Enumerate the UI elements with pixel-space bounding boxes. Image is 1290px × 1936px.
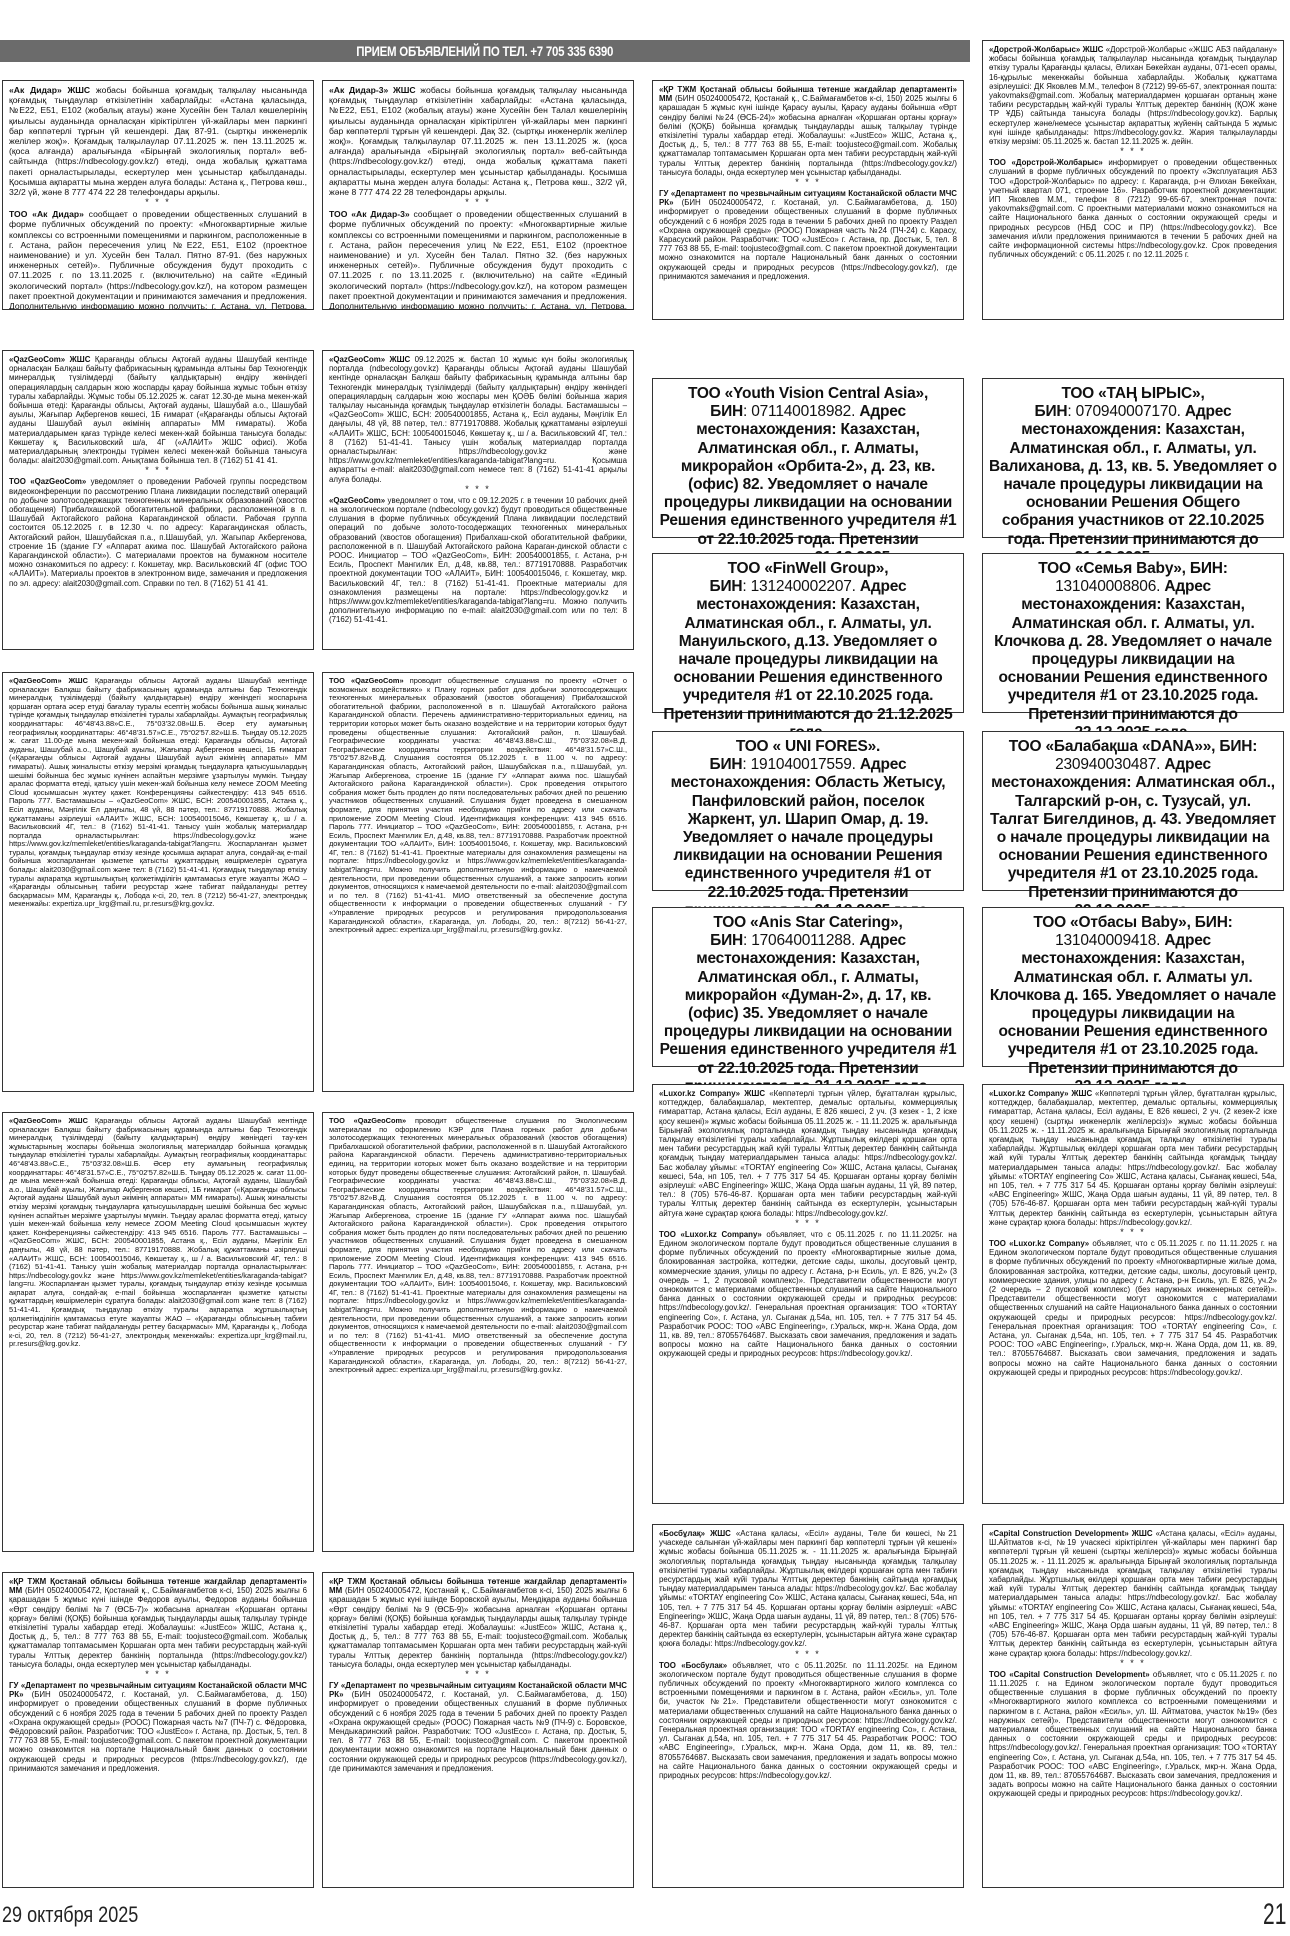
notice-text: Адрес местонахождения: Казахстан, Алмати…: [994, 578, 1272, 741]
company-name: ТОО «Балабақша «DANA»», БИН:: [1009, 738, 1257, 755]
issue-date: 29 октября 2025: [2, 1902, 138, 1928]
notice-text: Адрес местонахождения: Казахстан, Алмати…: [990, 932, 1276, 1095]
notice-text: Адрес местонахождения: Казахстан, Алмати…: [989, 403, 1277, 566]
ad-body-kz: «Астана қаласы, «Есіл» ауданы, Ш.Айтмато…: [989, 1529, 1277, 1658]
banner-text: ПРИЕМ ОБЪЯВЛЕНИЙ ПО ТЕЛ. +7 705 335 6390: [357, 40, 614, 62]
separator: * * *: [989, 147, 1277, 156]
bin-label: БИН: [710, 578, 743, 595]
ad-qazgeocom-liquidation-plan: «QazGeoCom» ЖШС 09.12.2025 ж. бастап 10 …: [322, 350, 634, 650]
ad-lead-ru: ТОО «Ак Дидар»: [9, 209, 84, 219]
liquidation-notice-semya-baby: ТОО «Семья Baby», БИН: 131040008806. Адр…: [982, 553, 1284, 713]
ad-body-kz: 09.12.2025 ж. бастап 10 жұмыс күн бойы э…: [329, 355, 627, 484]
ad-qazgeocom-ovos-kz: «QazGeoCom» ЖШС Қарағанды облысы Ақтоғай…: [2, 672, 314, 1092]
ad-body-ru: объявляет, что с 05.11.2025 г. по 11.11.…: [989, 1239, 1277, 1377]
ad-body-ru: уведомляет о проведении Рабочей группы п…: [9, 477, 307, 587]
company-name: ТОО «Отбасы Baby», БИН:: [1033, 914, 1232, 931]
ad-body-kz: Қарағанды облысы Ақтоғай ауданы Шашубай …: [9, 355, 307, 465]
separator: * * *: [9, 1670, 307, 1679]
ad-body-ru: (БИН 050240005472, г. Костанай, ул. С.Ба…: [9, 1690, 307, 1773]
ad-lead-ru: ТОО «Luxor.kz Company»: [989, 1239, 1089, 1248]
ad-kostanay-pch24: «ҚР ТЖМ Қостанай облысы бойынша төтенше …: [652, 80, 964, 320]
ad-body-kz: (БИН 050240005472, Қостанай қ., С.Баймағ…: [329, 1586, 627, 1669]
company-name: ТОО «FinWell Group»,: [728, 560, 889, 577]
liquidation-notice-tan-yrys: ТОО «ТАҢ ЫРЫС», БИН: 070940007170. Адрес…: [982, 378, 1284, 538]
ad-lead-ru: ТОО «Capital Construction Development»: [989, 1670, 1150, 1679]
notice-text: Адрес местонахождения: Казахстан, Алмати…: [663, 578, 952, 741]
bin-label: БИН: [710, 932, 743, 949]
bin-label: БИН: [710, 756, 743, 773]
ad-lead-ru: ТОО «Дорстрой-Жолбарыс»: [989, 158, 1103, 167]
bin-value: 131040008806.: [1055, 578, 1160, 595]
company-name: ТОО «Семья Baby», БИН:: [1038, 560, 1227, 577]
ad-body-kz: Қарағанды облысы Ақтоғай ауданы Шашубай …: [9, 1116, 307, 1348]
ad-qazgeocom-ker-ru: ТОО «QazGeoCom» проводит общественные сл…: [322, 1112, 634, 1552]
ad-lead-ru: «QazGeoCom»: [329, 496, 385, 505]
ad-lead-kz: «QazGeoCom» ЖШС: [329, 355, 410, 364]
ad-body-ru: (БИН 050240005472, г. Костанай, ул. С.Ба…: [659, 198, 957, 281]
ad-body-kz: жобасы бойынша қоғамдық талқылау нысанын…: [9, 85, 307, 197]
ad-body-ru: информирует о проведении общественных сл…: [989, 158, 1277, 259]
ad-body-ru: уведомляет о том, что с 09.12.2025 г. в …: [329, 496, 627, 625]
separator: * * *: [329, 198, 627, 207]
ad-kostanay-pch9: «ҚР ТЖМ Қостанай облысы бойынша төтенше …: [322, 1572, 634, 1888]
bin-value: : 170640011288.: [743, 932, 855, 949]
bin-label: БИН: [710, 403, 743, 420]
bin-value: 131040009418.: [1055, 932, 1160, 949]
ad-lead-kz: «Luxor.kz Company» ЖШС: [659, 1089, 765, 1098]
bin-value: : 070940007170.: [1067, 403, 1180, 420]
notice-text: Адрес местонахождения: Алматинская обл.,…: [990, 756, 1276, 919]
ad-bosbulak: «Босбұлақ» ЖШС «Астана қаласы, «Есіл» ау…: [652, 1524, 964, 1888]
ad-body-ru: сообщает о проведении общественных слуша…: [329, 209, 627, 310]
ad-body-kz: (БИН 050240005472, Қостанай қ., С.Баймағ…: [9, 1586, 307, 1669]
bin-value: : 071140018982.: [743, 403, 855, 420]
ad-lead-ru: ТОО «Босбулак»: [659, 1661, 727, 1670]
ad-luxor-queue-3: «Luxor.kz Company» ЖШС «Көппәтерлі тұрғы…: [652, 1084, 964, 1504]
ad-qazgeocom-ovos-ru: ТОО «QazGeoCom» проводит общественные сл…: [322, 672, 634, 1092]
ad-lead-kz: «QazGeoCom» ЖШС: [9, 355, 90, 364]
liquidation-notice-anis-star: ТОО «Anis Star Catering», БИН: 170640011…: [652, 907, 964, 1067]
ad-lead-kz: «Дорстрой-Жолбарыс» ЖШС: [989, 45, 1103, 54]
separator: * * *: [329, 485, 627, 494]
ad-capital-construction: «Capital Construction Development» ЖШС «…: [982, 1524, 1284, 1888]
liquidation-notice-otbasy-baby: ТОО «Отбасы Baby», БИН: 131040009418. Ад…: [982, 907, 1284, 1067]
ad-body-kz: (БИН 050240005472, Қостанай қ., С.Баймағ…: [659, 94, 957, 177]
ad-body-ru: проводит общественные слушания по Эколог…: [329, 1116, 627, 1374]
ad-lead-kz: «Босбұлақ» ЖШС: [659, 1529, 731, 1538]
ad-lead-ru: ТОО «QazGeoCom»: [9, 477, 86, 486]
separator: * * *: [989, 1659, 1277, 1668]
ad-body-ru: объявляет, что с 05.11.2025 г. по 11.11.…: [659, 1230, 957, 1359]
liquidation-notice-balabaksha-dana: ТОО «Балабақша «DANA»», БИН: 23094003048…: [982, 731, 1284, 891]
liquidation-notice-finwell: ТОО «FinWell Group», БИН: 131240002207. …: [652, 553, 964, 713]
company-name: ТОО «Youth Vision Central Asia»,: [688, 385, 928, 402]
separator: * * *: [659, 1219, 957, 1228]
ad-body-ru: объявляет, что с 05.11.2025г. по 11.11.2…: [659, 1661, 957, 1780]
notice-text: Адрес местонахождения: Область Жетысу, П…: [671, 756, 946, 919]
ad-body-kz: «Көппәтерлі тұрғын үйлер, бұғатталған құ…: [989, 1089, 1277, 1227]
separator: * * *: [659, 1650, 957, 1659]
notice-text: Адрес местонахождения: Казахстан, Алмати…: [660, 403, 957, 566]
bin-value: : 191040017559.: [742, 756, 855, 773]
ad-lead-kz: «Ак Дидар» ЖШС: [9, 85, 90, 95]
ad-body-ru: сообщает о проведении общественных слуша…: [9, 209, 307, 310]
ad-luxor-queue-2: «Luxor.kz Company» ЖШС «Көппәтерлі тұрғы…: [982, 1084, 1284, 1504]
company-name: ТОО « UNI FORES».: [736, 738, 880, 755]
ads-phone-banner: ПРИЕМ ОБЪЯВЛЕНИЙ ПО ТЕЛ. +7 705 335 6390: [0, 40, 970, 62]
notice-text: Адрес местонахождения: Казахстан, Алмати…: [660, 932, 957, 1095]
bin-value: 230940030487.: [1055, 756, 1160, 773]
ad-dorstroy: «Дорстрой-Жолбарыс» ЖШС «Дорстрой-Жолбар…: [982, 40, 1284, 320]
ad-body-kz: Қарағанды облысы Ақтоғай ауданы Шашубай …: [9, 676, 307, 908]
ad-lead-ru: ТОО «Luxor.kz Company»: [659, 1230, 762, 1239]
ad-qazgeocom-working-group: «QazGeoCom» ЖШС Қарағанды облысы Ақтоғай…: [2, 350, 314, 650]
separator: * * *: [989, 1228, 1277, 1237]
liquidation-notice-uni-fores: ТОО « UNI FORES». БИН: 191040017559. Адр…: [652, 731, 964, 891]
separator: * * *: [659, 178, 957, 187]
separator: * * *: [9, 466, 307, 475]
page-number: 21: [1263, 1898, 1286, 1932]
ad-body-ru: проводит общественные слушания по проект…: [329, 676, 627, 934]
ad-body-kz: «Дорстрой-Жолбарыс «ЖШС АБЗ пайдалану» ж…: [989, 45, 1277, 146]
ad-lead-kz: «Capital Construction Development» ЖШС: [989, 1529, 1153, 1538]
separator: * * *: [329, 1670, 627, 1679]
ad-kostanay-pch7: «ҚР ТЖМ Қостанай облысы бойынша төтенше …: [2, 1572, 314, 1888]
bin-value: : 131240002207.: [742, 578, 855, 595]
ad-body-kz: «Астана қаласы, «Есіл» ауданы, Төле би к…: [659, 1529, 957, 1648]
ad-body-ru: объявляет, что с 05.11.2025 г. по 11.11.…: [989, 1670, 1277, 1799]
ad-ak-didar-3: «Ак Дидар-3» ЖШС жобасы бойынша қоғамдық…: [322, 80, 634, 310]
liquidation-notice-youth-vision: ТОО «Youth Vision Central Asia», БИН: 07…: [652, 378, 964, 538]
ad-lead-kz: «Luxor.kz Company» ЖШС: [989, 1089, 1092, 1098]
ad-ak-didar: «Ак Дидар» ЖШС жобасы бойынша қоғамдық т…: [2, 80, 314, 310]
bin-label: БИН: [1035, 403, 1068, 420]
separator: * * *: [9, 198, 307, 207]
ad-lead-ru: ТОО «Ак Дидар-3»: [329, 209, 410, 219]
ad-lead-kz: «Ак Дидар-3» ЖШС: [329, 85, 416, 95]
ad-body-kz: «Көппәтерлі тұрғын үйлер, бұғатталған құ…: [659, 1089, 957, 1218]
company-name: ТОО «ТАҢ ЫРЫС»,: [1061, 385, 1204, 402]
ad-qazgeocom-ker-kz: «QazGeoCom» ЖШС Қарағанды облысы Ақтоғай…: [2, 1112, 314, 1552]
ad-body-ru: (БИН 050240005472, г. Костанай, ул. С.Ба…: [329, 1690, 627, 1773]
company-name: ТОО «Anis Star Catering»,: [713, 914, 902, 931]
ad-body-kz: жобасы бойынша қоғамдық талқылау нысанын…: [329, 85, 627, 197]
